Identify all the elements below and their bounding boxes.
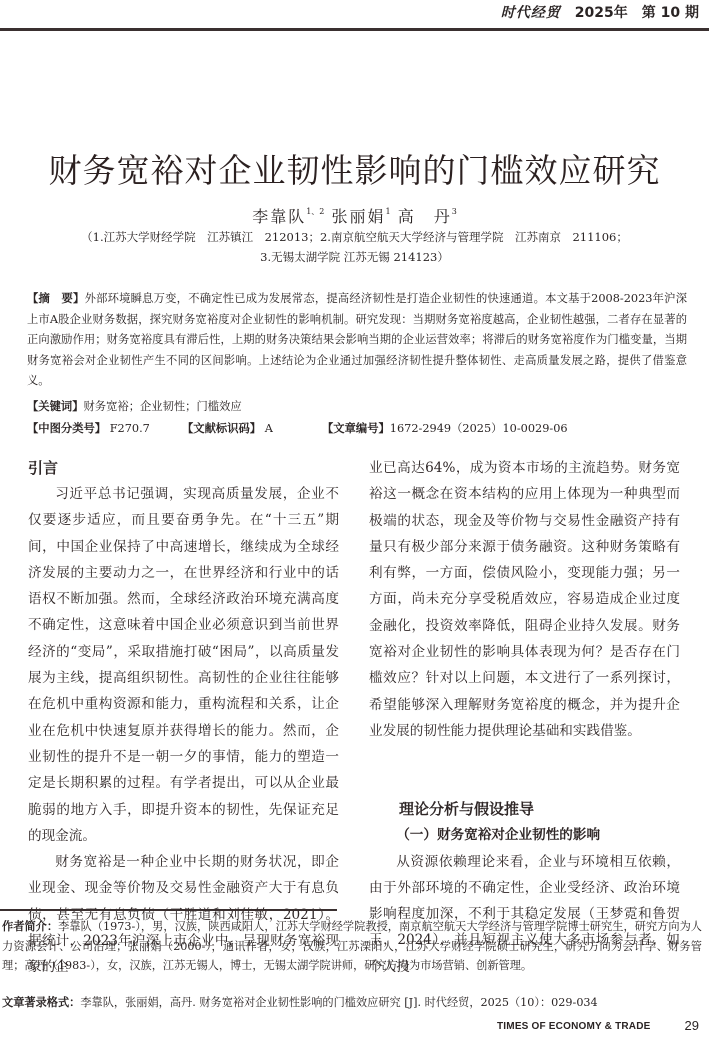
affiliation-line-2: 3.无锡太湖学院 江苏无锡 214123） (0, 249, 709, 265)
page-number: 29 (685, 1018, 699, 1033)
author-bio-text: 李靠队（1973-），男，汉族，陕西咸阳人，江苏大学财经学院教授，南京航空航天大… (2, 920, 702, 972)
body-paragraph: 习近平总书记强调，实现高质量发展，企业不仅要逐步适应，而且要奋勇争先。在“十三五… (28, 481, 339, 849)
body-column-left: 引言 习近平总书记强调，实现高质量发展，企业不仅要逐步适应，而且要奋勇争先。在“… (28, 455, 339, 981)
citation-label: 文章著录格式： (2, 996, 80, 1009)
doc-code-label: 【文献标识码】 (182, 422, 261, 435)
section-heading-intro: 引言 (28, 455, 339, 481)
journal-name: 时代经贸 (501, 5, 561, 21)
footnote-rule (0, 909, 337, 911)
affiliation-line-1: （1.江苏大学财经学院 江苏镇江 212013；2.南京航空航天大学经济与管理学… (0, 229, 709, 245)
author-affil-marker: 3 (452, 207, 457, 216)
author-list: 李靠队1、2 张丽娟1 高 丹3 (0, 204, 709, 227)
keywords: 【关键词】财务宽裕；企业韧性；门槛效应 (27, 398, 242, 414)
article-metadata: 【中图分类号】 F270.7【文献标识码】 A【文章编号】1672-2949（2… (27, 420, 687, 436)
running-header: 时代经贸2025年第 10 期 (0, 0, 709, 30)
citation-format: 文章著录格式：李靠队，张丽娟，高丹. 财务宽裕对企业韧性影响的门槛效应研究 [J… (2, 994, 707, 1010)
journal-issue: 第 10 期 (642, 5, 699, 21)
header-rule (0, 28, 709, 31)
keywords-text: 财务宽裕；企业韧性；门槛效应 (84, 400, 242, 413)
doc-code-group: 【文献标识码】 A (182, 420, 322, 436)
author-name: 李靠队 (252, 207, 306, 226)
header-text: 时代经贸2025年第 10 期 (501, 2, 699, 22)
footer-journal-english: TIMES OF ECONOMY & TRADE (497, 1021, 651, 1032)
article-title: 财务宽裕对企业韧性影响的门槛效应研究 (0, 145, 709, 192)
article-no-label: 【文章编号】 (322, 422, 390, 435)
keywords-label: 【关键词】 (27, 400, 84, 413)
abstract: 【摘 要】外部环境瞬息万变，不确定性已成为发展常态，提高经济韧性是打造企业韧性的… (27, 289, 687, 392)
journal-year: 2025年 (575, 5, 628, 21)
subsection-heading: （一）财务宽裕对企业韧性的影响 (369, 822, 680, 848)
author-name: 张丽娟 (331, 207, 385, 226)
author-name: 高 丹 (398, 207, 452, 226)
article-no-group: 【文章编号】1672-2949（2025）10-0029-06 (322, 420, 568, 436)
citation-text: 李靠队，张丽娟，高丹. 财务宽裕对企业韧性影响的门槛效应研究 [J]. 时代经贸… (80, 996, 597, 1009)
author-affil-marker: 1、2 (306, 207, 324, 216)
body-paragraph-continued: 业已高达64%，成为资本市场的主流趋势。财务宽裕这一概念在资本结构的应用上体现为… (369, 455, 680, 744)
doc-code-value: A (265, 422, 273, 435)
section-heading-theory: 理论分析与假设推导 (369, 796, 680, 822)
clc-group: 【中图分类号】 F270.7 (27, 420, 182, 436)
author-affil-marker: 1 (386, 207, 391, 216)
clc-value: F270.7 (110, 422, 150, 435)
abstract-text: 外部环境瞬息万变，不确定性已成为发展常态，提高经济韧性是打造企业韧性的快速通道。… (27, 292, 687, 387)
clc-label: 【中图分类号】 (27, 422, 106, 435)
author-bio-footnote: 作者简介：李靠队（1973-），男，汉族，陕西咸阳人，江苏大学财经学院教授，南京… (2, 917, 702, 976)
author-bio-label: 作者简介： (2, 920, 58, 933)
abstract-label: 【摘 要】 (27, 292, 85, 305)
body-column-right: 业已高达64%，成为资本市场的主流趋势。财务宽裕这一概念在资本结构的应用上体现为… (369, 455, 680, 980)
article-no-value: 1672-2949（2025）10-0029-06 (390, 422, 568, 435)
